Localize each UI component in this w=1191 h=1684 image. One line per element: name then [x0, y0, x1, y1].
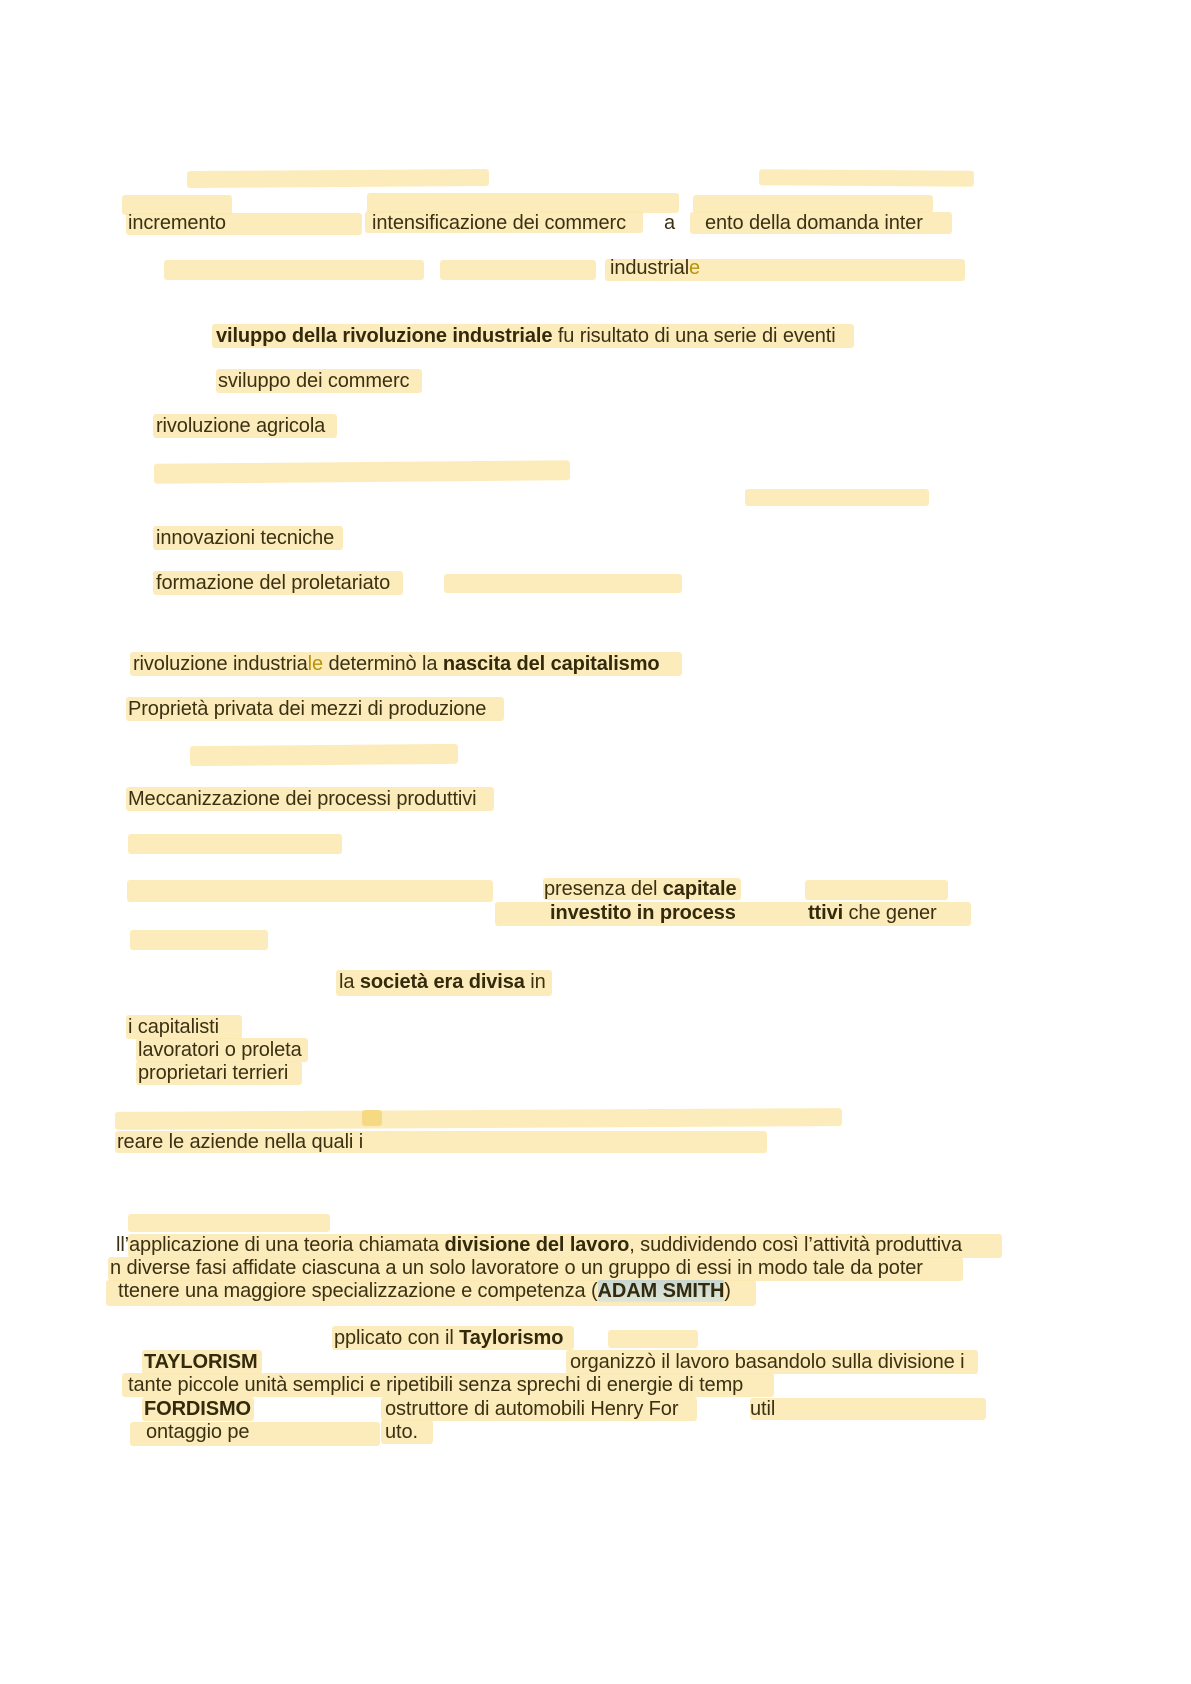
- highlight-stroke: [750, 1398, 986, 1420]
- text-sviluppo-rest: fu risultato di una serie di eventi: [552, 325, 835, 347]
- highlight-stroke: [745, 489, 929, 506]
- text-a: a: [664, 211, 675, 235]
- text-divisione-line1: ll’applicazione di una teoria chiamata d…: [116, 1233, 962, 1257]
- text-che-gener: che gener: [843, 902, 937, 924]
- cause-item: innovazioni tecniche: [156, 526, 334, 550]
- text-sviluppo-bold: viluppo della rivoluzione industriale: [216, 325, 552, 347]
- text-societa-bold: società era divisa: [360, 971, 525, 993]
- highlight-stroke: [187, 169, 489, 188]
- label-taylorism: TAYLORISM: [144, 1350, 258, 1374]
- text-divisione-line3: ttenere una maggiore specializzazione e …: [118, 1279, 731, 1303]
- text-costruttore: ostruttore di automobili Henry For: [385, 1397, 678, 1421]
- text-industriale-prefix: industrial: [610, 257, 689, 279]
- highlight-stroke: [440, 260, 596, 280]
- highlight-stroke: [130, 930, 268, 950]
- text-capitale-line2a: investito in process: [550, 901, 736, 925]
- text-montaggio: ontaggio pe: [146, 1420, 249, 1444]
- text-capitale-line2b: ttivi che gener: [808, 901, 937, 925]
- class-item: proprietari terrieri: [138, 1061, 288, 1085]
- text-industriale: industriale: [610, 256, 700, 280]
- text-adam-smith: ADAM SMITH: [598, 1280, 725, 1302]
- text-societa-post: in: [525, 971, 546, 993]
- text-capitalismo-le: le: [308, 653, 323, 675]
- text-applicato-pre: pplicato con il: [334, 1327, 459, 1349]
- text-societa-pre: la: [339, 971, 360, 993]
- text-fordism-o: O: [236, 1398, 251, 1420]
- cause-item: sviluppo dei commerc: [218, 369, 409, 393]
- cause-item: rivoluzione agricola: [156, 414, 325, 438]
- text-divisione-line2: n diverse fasi affidate ciascuna a un so…: [110, 1256, 923, 1280]
- highlight-stroke: [164, 260, 424, 280]
- highlight-stroke: [608, 1330, 698, 1348]
- text-organizzo: organizzò il lavoro basandolo sulla divi…: [570, 1350, 964, 1374]
- label-fordismo: FORDISMO: [144, 1397, 251, 1421]
- text-sviluppo-rivoluzione: viluppo della rivoluzione industriale fu…: [216, 324, 836, 348]
- text-societa: la società era divisa in: [339, 970, 546, 994]
- class-item: i capitalisti: [128, 1015, 219, 1039]
- feature-item: Proprietà privata dei mezzi di produzion…: [128, 697, 486, 721]
- text-capitalismo: rivoluzione industriale determinò la nas…: [133, 652, 660, 676]
- text-intensificazione: intensificazione dei commerc: [372, 211, 626, 235]
- highlight-stroke: [362, 1110, 382, 1126]
- highlight-stroke: [805, 880, 948, 900]
- text-divisione-pre: ll’applicazione di una teoria chiamata: [116, 1234, 445, 1256]
- highlight-stroke: [759, 169, 974, 187]
- text-domanda: ento della domanda inter: [705, 211, 923, 235]
- highlight-stroke: [444, 574, 682, 593]
- text-taylorismo-bold: Taylorismo: [459, 1327, 563, 1349]
- text-applicato: pplicato con il Taylorismo: [334, 1326, 563, 1350]
- text-uto: uto.: [385, 1420, 418, 1444]
- text-divisione-bold: divisione del lavoro: [445, 1234, 630, 1256]
- cause-item: formazione del proletariato: [156, 571, 390, 595]
- text-competenza: ttenere una maggiore specializzazione e …: [118, 1280, 598, 1302]
- highlight-stroke: [127, 880, 493, 902]
- text-taylorism-bold: TAYLORISM: [144, 1351, 258, 1373]
- text-aziende: reare le aziende nella quali i: [117, 1130, 363, 1154]
- highlight-stroke: [154, 460, 570, 484]
- highlight-stroke: [367, 193, 679, 213]
- text-industriale-suffix: e: [689, 257, 700, 279]
- text-ttivi-bold: ttivi: [808, 902, 843, 924]
- text-util: util: [750, 1397, 775, 1421]
- highlight-stroke: [128, 1214, 330, 1232]
- text-capitale-pre: presenza del: [544, 878, 663, 900]
- text-fordism: FORDISM: [144, 1398, 236, 1420]
- text-paren-close: ): [724, 1280, 731, 1302]
- text-capitale-bold: capitale: [663, 878, 737, 900]
- highlight-stroke: [115, 1108, 842, 1130]
- text-capitalismo-bold: nascita del capitalismo: [443, 653, 660, 675]
- text-capitalismo-mid: determinò la: [323, 653, 443, 675]
- text-taylor-line2: tante piccole unità semplici e ripetibil…: [128, 1373, 743, 1397]
- highlight-stroke: [190, 744, 458, 766]
- feature-item: Meccanizzazione dei processi produttivi: [128, 787, 477, 811]
- text-divisione-post: , suddividendo così l’attività produttiv…: [629, 1234, 962, 1256]
- text-capitale-line1: presenza del capitale: [544, 877, 736, 901]
- text-incremento: incremento: [128, 211, 226, 235]
- highlight-stroke: [128, 834, 342, 854]
- class-item: lavoratori o proleta: [138, 1038, 302, 1062]
- text-capitalismo-pre: rivoluzione industria: [133, 653, 308, 675]
- text-investito-bold: investito in process: [550, 902, 736, 924]
